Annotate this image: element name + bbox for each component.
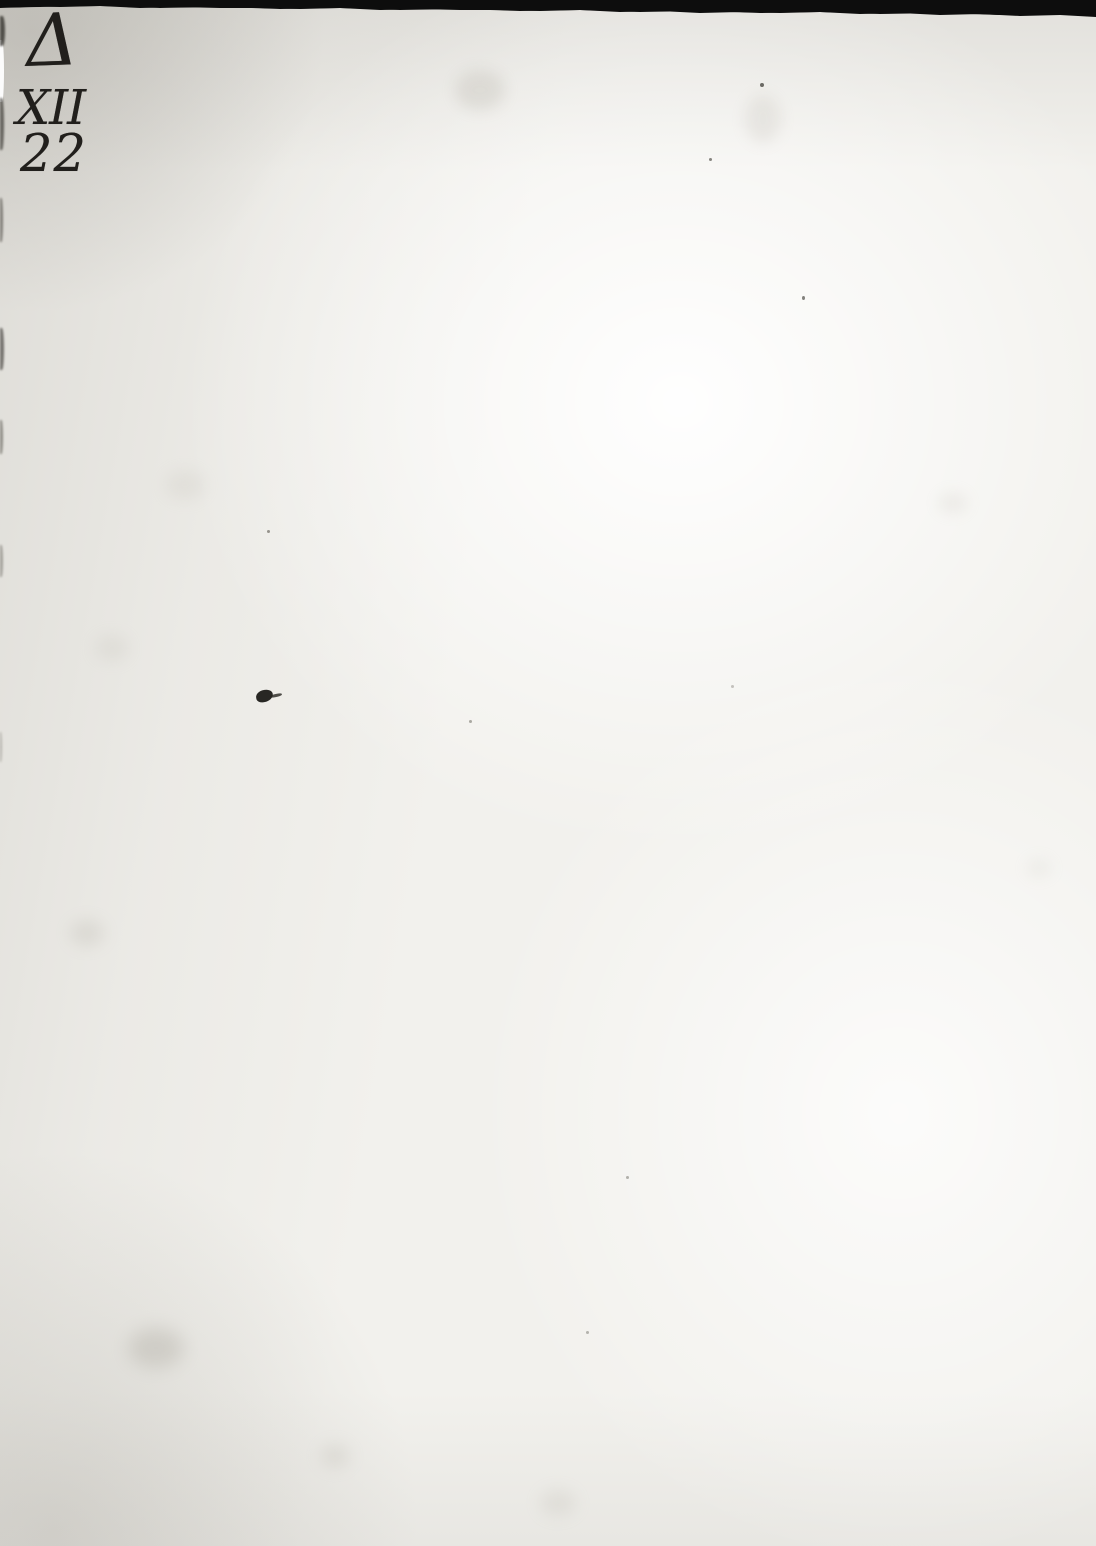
paper-page: Δ XII 22 (0, 0, 1096, 1546)
left-edge-dark-patch (0, 16, 5, 46)
speck (802, 296, 805, 300)
scanned-page: Δ XII 22 (0, 0, 1096, 1546)
ink-blot-tail (270, 693, 282, 698)
left-edge-dark-patch (0, 420, 3, 454)
stain (320, 1444, 350, 1468)
stain (165, 470, 205, 500)
speck (267, 530, 270, 533)
stain (70, 920, 104, 946)
stain (745, 95, 781, 143)
stain (1026, 858, 1052, 878)
left-edge-dark-patch (0, 732, 2, 762)
speck (586, 1331, 589, 1334)
speck (709, 158, 712, 161)
speck (469, 720, 472, 723)
page-number-mark: 22 (20, 129, 87, 180)
stain (455, 70, 505, 110)
ink-blot (255, 689, 274, 704)
speck (626, 1176, 629, 1179)
delta-mark: Δ (25, 3, 79, 77)
speck (731, 685, 734, 688)
left-edge-dark-patch (0, 98, 4, 150)
paper-artifacts (0, 0, 1096, 1546)
left-edge-dark-patch (0, 545, 3, 577)
speck (760, 83, 764, 87)
stain (128, 1328, 184, 1368)
stain (95, 635, 129, 661)
stain (938, 492, 968, 514)
left-edge-dark-patch (0, 198, 3, 242)
left-edge-dark-patch (0, 328, 4, 370)
left-edge-white-sliver (0, 40, 4, 102)
stain (540, 1490, 576, 1516)
